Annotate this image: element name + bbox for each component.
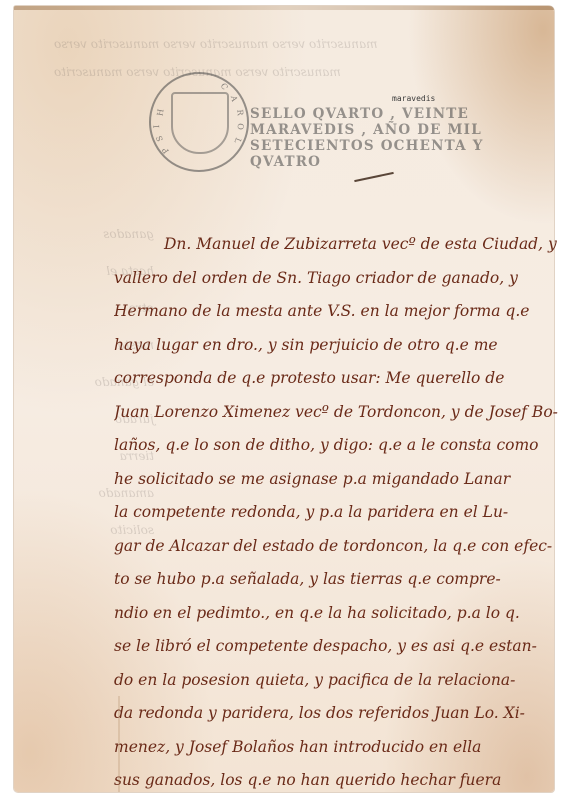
- stamp-line: SETECIENTOS OCHENTA Y: [250, 138, 484, 154]
- sealed-paper-stamp: SELLO QVARTO , VEINTE MARAVEDIS , AÑO DE…: [250, 106, 484, 170]
- text-line: gar de Alcazar del estado de tordoncon, …: [114, 530, 559, 564]
- text-line: Hermano de la mesta ante V.S. en la mejo…: [114, 295, 559, 329]
- handwritten-body: Dn. Manuel de Zubizarreta vecº de esta C…: [114, 228, 559, 798]
- stamp-denomination-label: maravedis: [392, 94, 435, 103]
- text-line: Dn. Manuel de Zubizarreta vecº de esta C…: [114, 228, 559, 262]
- text-line: se le libró el competente despacho, y es…: [114, 630, 559, 664]
- stamp-line: SELLO QVARTO , VEINTE: [250, 106, 484, 122]
- stamp-line: QVATRO: [250, 154, 484, 170]
- royal-seal-icon: C A R O L H I S P: [149, 72, 249, 172]
- text-line: do en la posesion quieta, y pacifica de …: [114, 664, 559, 698]
- text-line: la competente redonda, y p.a la paridera…: [114, 496, 559, 530]
- text-line: sus ganados, los q.e no han querido hech…: [114, 764, 559, 798]
- pen-mark: [354, 172, 394, 182]
- text-line: to se hubo p.a señalada, y las tierras q…: [114, 563, 559, 597]
- text-line: laños, q.e lo son de ditho, y digo: q.e …: [114, 429, 559, 463]
- text-line: menez, y Josef Bolaños han introducido e…: [114, 731, 559, 765]
- text-line: vallero del orden de Sn. Tiago criador d…: [114, 262, 559, 296]
- paper-fold-crease: [118, 696, 120, 792]
- text-line: haya lugar en dro., y sin perjuicio de o…: [114, 329, 559, 363]
- text-line: corresponda de q.e protesto usar: Me que…: [114, 362, 559, 396]
- manuscript-page: manuscrito verso manuscrito verso manusc…: [14, 6, 554, 792]
- seal-legend: C A R O L H I S P: [151, 74, 247, 170]
- text-line: ndio en el pedimto., en q.e la ha solici…: [114, 597, 559, 631]
- text-line: he solicitado se me asignase p.a miganda…: [114, 463, 559, 497]
- text-line: da redonda y paridera, los dos referidos…: [114, 697, 559, 731]
- stamp-line: MARAVEDIS , AÑO DE MIL: [250, 122, 484, 138]
- text-line: Juan Lorenzo Ximenez vecº de Tordoncon, …: [114, 396, 559, 430]
